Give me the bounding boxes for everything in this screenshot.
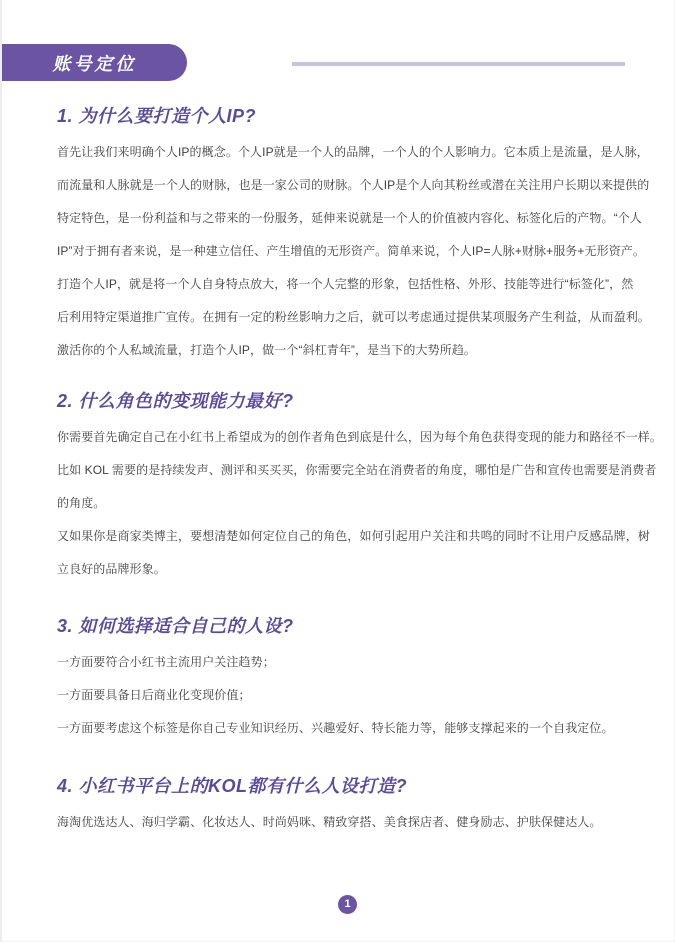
body-line: 一方面要具备日后商业化变现价值； (57, 679, 641, 712)
header-divider-line (292, 62, 625, 66)
body-line: 而流量和人脉就是一个人的财脉，也是一家公司的财脉。个人IP是个人向其粉丝或潜在关… (57, 169, 641, 202)
body-line: 立良好的品牌形象。 (57, 553, 641, 586)
section-paragraph: 一方面要符合小红书主流用户关注趋势； 一方面要具备日后商业化变现价值； 一方面要… (57, 646, 641, 745)
body-line: 一方面要符合小红书主流用户关注趋势； (57, 646, 641, 679)
body-line: 打造个人IP，就是将一个人自身特点放大，将一个人完整的形象，包括性格、外形、技能… (57, 268, 641, 301)
body-line: 海淘优选达人、海归学霸、化妆达人、时尚妈咪、精致穿搭、美食探店者、健身励志、护肤… (57, 806, 641, 839)
badge-label: 账号定位 (53, 50, 137, 76)
body-line: IP”对于拥有者来说，是一种建立信任、产生增值的无形资产。简单来说，个人IP=人… (57, 235, 641, 268)
body-line: 激活你的个人私域流量，打造个人IP，做一个“斜杠青年”，是当下的大势所趋。 (57, 334, 641, 367)
body-line: 你需要首先确定自己在小红书上希望成为的创作者角色到底是什么，因为每个角色获得变现… (57, 421, 641, 454)
section-best-monetizing-role: 2. 什么角色的变现能力最好? 你需要首先确定自己在小红书上希望成为的创作者角色… (57, 389, 641, 586)
body-line: 首先让我们来明确个人IP的概念。个人IP就是一个人的品牌，一个人的个人影响力。它… (57, 136, 641, 169)
document-page: 账号定位 1. 为什么要打造个人IP? 首先让我们来明确个人IP的概念。个人IP… (0, 0, 675, 942)
section-kol-persona-types: 4. 小红书平台上的KOL都有什么人设打造? 海淘优选达人、海归学霸、化妆达人、… (57, 774, 641, 839)
page-number-badge: 1 (338, 895, 357, 914)
section-badge: 账号定位 (2, 44, 187, 81)
section-heading: 4. 小红书平台上的KOL都有什么人设打造? (57, 774, 641, 798)
section-paragraph: 海淘优选达人、海归学霸、化妆达人、时尚妈咪、精致穿搭、美食探店者、健身励志、护肤… (57, 806, 641, 839)
section-paragraph: 首先让我们来明确个人IP的概念。个人IP就是一个人的品牌，一个人的个人影响力。它… (57, 136, 641, 367)
body-line: 特定特色，是一份利益和与之带来的一份服务，延伸来说就是一个人的价值被内容化、标签… (57, 202, 641, 235)
body-line: 又如果你是商家类博主，要想清楚如何定位自己的角色，如何引起用户关注和共鸣的同时不… (57, 520, 641, 553)
body-line: 后利用特定渠道推广宣传。在拥有一定的粉丝影响力之后，就可以考虑通过提供某项服务产… (57, 301, 641, 334)
section-heading: 1. 为什么要打造个人IP? (57, 104, 641, 128)
body-line: 的角度。 (57, 487, 641, 520)
page-number: 1 (344, 899, 350, 910)
section-choose-persona: 3. 如何选择适合自己的人设? 一方面要符合小红书主流用户关注趋势； 一方面要具… (57, 614, 641, 745)
page-content: 1. 为什么要打造个人IP? 首先让我们来明确个人IP的概念。个人IP就是一个人… (57, 104, 641, 839)
section-why-build-personal-ip: 1. 为什么要打造个人IP? 首先让我们来明确个人IP的概念。个人IP就是一个人… (57, 104, 641, 367)
section-heading: 3. 如何选择适合自己的人设? (57, 614, 641, 638)
body-line: 比如 KOL 需要的是持续发声、测评和买买买，你需要完全站在消费者的角度，哪怕是… (57, 454, 641, 487)
section-paragraph: 你需要首先确定自己在小红书上希望成为的创作者角色到底是什么，因为每个角色获得变现… (57, 421, 641, 586)
body-line: 一方面要考虑这个标签是你自己专业知识经历、兴趣爱好、特长能力等，能够支撑起来的一… (57, 712, 641, 745)
section-heading: 2. 什么角色的变现能力最好? (57, 389, 641, 413)
